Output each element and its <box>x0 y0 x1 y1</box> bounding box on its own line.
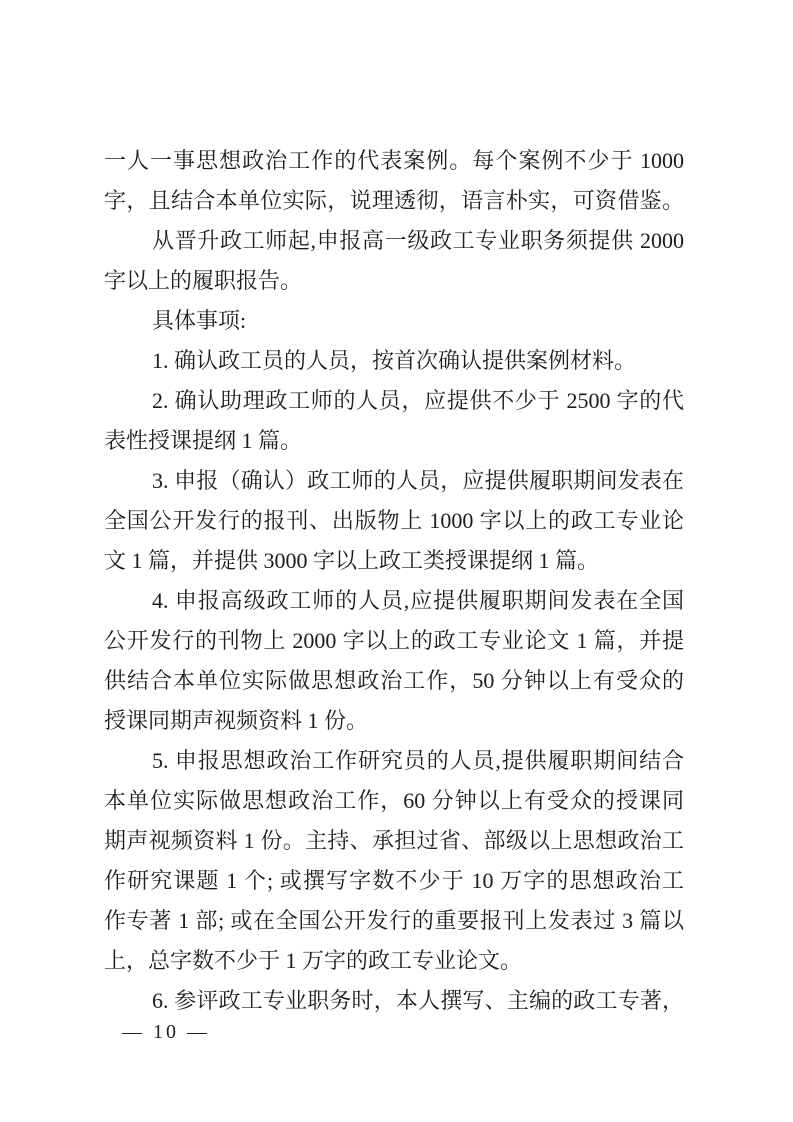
text-line: 3. 申报（确认）政工师的人员，应提供履职期间发表在 <box>104 461 684 501</box>
text-line: 2. 确认助理政工师的人员，应提供不少于 2500 字的代 <box>104 381 684 421</box>
text-line: 本单位实际做思想政治工作，60 分钟以上有受众的授课同 <box>104 781 684 821</box>
text-line: 从晋升政工师起,申报高一级政工专业职务须提供 2000 <box>104 221 684 261</box>
document-body: 一人一事思想政治工作的代表案例。每个案例不少于 1000 字，且结合本单位实际，… <box>104 141 684 1021</box>
text-line: 全国公开发行的报刊、出版物上 1000 字以上的政工专业论 <box>104 501 684 541</box>
text-line: 5. 申报思想政治工作研究员的人员,提供履职期间结合 <box>104 741 684 781</box>
text-line: 作专著 1 部; 或在全国公开发行的重要报刊上发表过 3 篇以 <box>104 901 684 941</box>
text-line: 具体事项: <box>104 301 684 341</box>
text-line: 文 1 篇，并提供 3000 字以上政工类授课提纲 1 篇。 <box>104 541 684 581</box>
text-line: 授课同期声视频资料 1 份。 <box>104 701 684 741</box>
text-line: 一人一事思想政治工作的代表案例。每个案例不少于 1000 <box>104 141 684 181</box>
page-number: — 10 — <box>122 1018 210 1046</box>
text-line: 4. 申报高级政工师的人员,应提供履职期间发表在全国 <box>104 581 684 621</box>
text-line: 6. 参评政工专业职务时，本人撰写、主编的政工专著， <box>104 981 684 1021</box>
document-page: 一人一事思想政治工作的代表案例。每个案例不少于 1000 字，且结合本单位实际，… <box>0 0 793 1122</box>
text-line: 供结合本单位实际做思想政治工作，50 分钟以上有受众的 <box>104 661 684 701</box>
text-line: 字，且结合本单位实际，说理透彻，语言朴实，可资借鉴。 <box>104 181 684 221</box>
text-line: 期声视频资料 1 份。主持、承担过省、部级以上思想政治工 <box>104 821 684 861</box>
text-line: 上，总字数不少于 1 万字的政工专业论文。 <box>104 941 684 981</box>
text-line: 表性授课提纲 1 篇。 <box>104 421 684 461</box>
text-line: 作研究课题 1 个; 或撰写字数不少于 10 万字的思想政治工 <box>104 861 684 901</box>
text-line: 公开发行的刊物上 2000 字以上的政工专业论文 1 篇，并提 <box>104 621 684 661</box>
text-line: 字以上的履职报告。 <box>104 261 684 301</box>
text-line: 1. 确认政工员的人员，按首次确认提供案例材料。 <box>104 341 684 381</box>
